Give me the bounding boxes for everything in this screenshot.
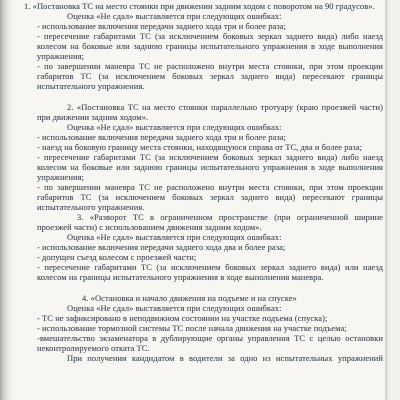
section-3: 3. «Разворот ТС в ограниченном пространс… [37, 212, 383, 282]
error-item: - пересечение габаритами ТС (за исключен… [37, 262, 383, 282]
error-item: - использование тормозной системы ТС пос… [37, 323, 383, 333]
error-item: - использование включения передачи задне… [37, 132, 383, 142]
document-page: 1. «Постановка ТС на место стоянки при д… [0, 0, 400, 400]
error-item: - ТС не зафиксировано в неподвижном сост… [37, 313, 383, 323]
closing-paragraph: При получении кандидатом в водители за о… [37, 353, 383, 363]
error-item: - по завершении маневра ТС не расположен… [37, 61, 383, 91]
grade-intro: Оценка «Не сдал» выставляется при следую… [37, 11, 383, 21]
section-heading: 2. «Постановка ТС на место стоянки парал… [37, 102, 383, 122]
section-heading: 3. «Разворот ТС в ограниченном пространс… [37, 212, 383, 232]
error-item: - использование включения передачи задне… [37, 242, 383, 252]
document-body: 1. «Постановка ТС на место стоянки при д… [37, 1, 383, 363]
grade-intro: Оценка «Не сдал» выставляется при следую… [37, 122, 383, 132]
section-heading: 4. «Остановка и начало движения на подъе… [37, 293, 383, 303]
section-heading: 1. «Постановка ТС на место стоянки при д… [37, 1, 383, 11]
error-item: -вмешательство экзаменатора в дублирующи… [37, 333, 383, 353]
error-item: - использование включения передачи задне… [37, 21, 383, 31]
error-item: - пересечение габаритами ТС (за исключен… [37, 152, 383, 182]
section-1: 1. «Постановка ТС на место стоянки при д… [37, 1, 383, 91]
page-edge-line [386, 0, 387, 400]
error-item: - наезд на боковую границу места стоянки… [37, 142, 383, 152]
section-4: 4. «Остановка и начало движения на подъе… [37, 293, 383, 353]
grade-intro: Оценка «Не сдал» выставляется при следую… [37, 303, 383, 313]
error-item: - пересечение габаритами ТС (за исключен… [37, 31, 383, 61]
grade-intro: Оценка «Не сдал» выставляется при следую… [37, 232, 383, 242]
error-item: - допущен съезд колесом с проезжей части… [37, 252, 383, 262]
error-item: - по завершении маневра ТС не расположен… [37, 182, 383, 212]
section-2: 2. «Постановка ТС на место стоянки парал… [37, 102, 383, 212]
